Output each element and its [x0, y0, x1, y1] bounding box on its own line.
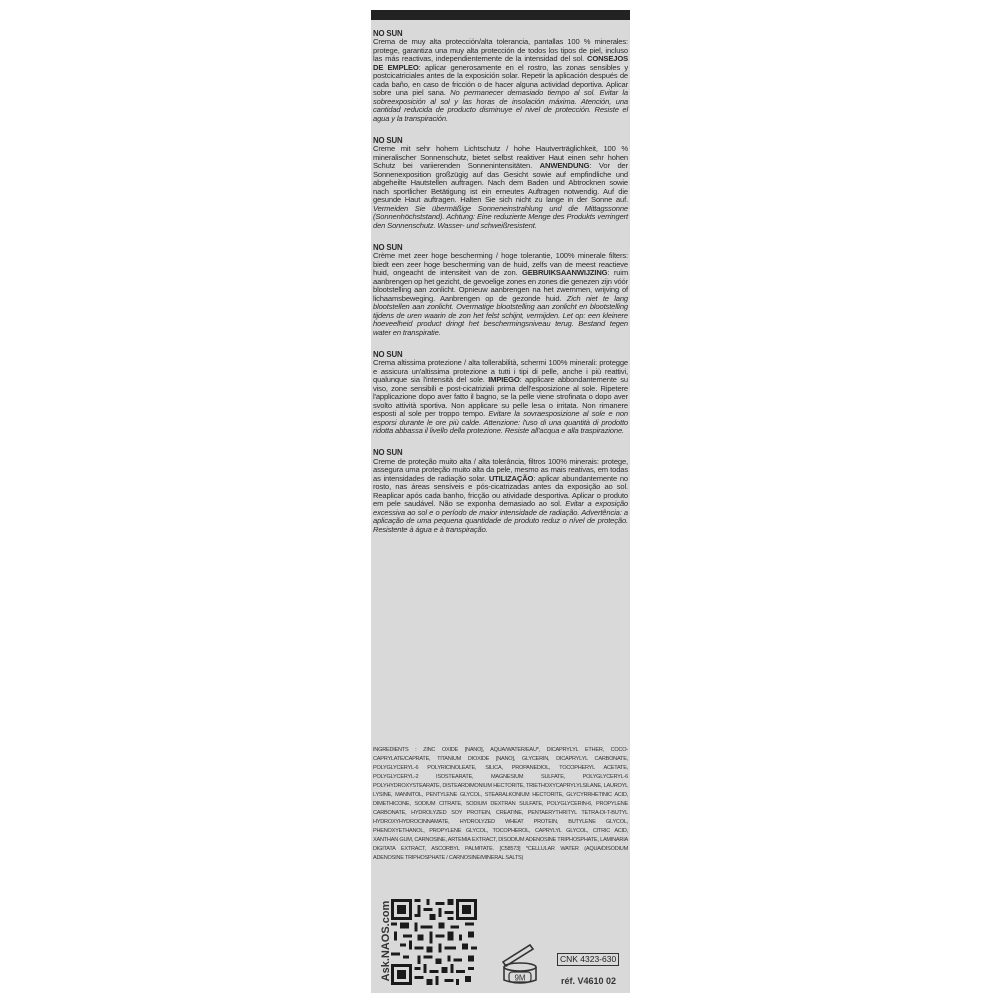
section-pt: NO SUN Creme de proteção muito alta / al… [373, 449, 628, 534]
section-it: NO SUN Crema altissima protezione / alta… [373, 351, 628, 436]
label-footer: Ask.NAOS.com [371, 890, 630, 993]
svg-text:9M: 9M [514, 974, 525, 983]
period-after-opening-icon: 9M [500, 940, 540, 986]
section-es: NO SUN Crema de muy alta protección/alta… [373, 30, 628, 123]
warning-text: Vermeiden Sie übermäßige Sonneneinstrahl… [373, 204, 628, 230]
multilingual-text: NO SUN Crema de muy alta protección/alta… [373, 30, 628, 548]
reference-number: réf. V4610 02 [561, 976, 616, 986]
top-dark-bar [371, 10, 630, 20]
cnk-code: CNK 4323-630 [557, 953, 619, 966]
section-nl: NO SUN Crème met zeer hoge bescherming /… [373, 244, 628, 337]
section-de: NO SUN Creme mit sehr hohem Lichtschutz … [373, 137, 628, 230]
product-label-panel: NO SUN Crema de muy alta protección/alta… [371, 10, 630, 993]
ingredients-list: INGREDIENTS : ZINC OXIDE [NANO], AQUA/WA… [373, 746, 628, 863]
qr-code-icon[interactable] [391, 898, 477, 986]
